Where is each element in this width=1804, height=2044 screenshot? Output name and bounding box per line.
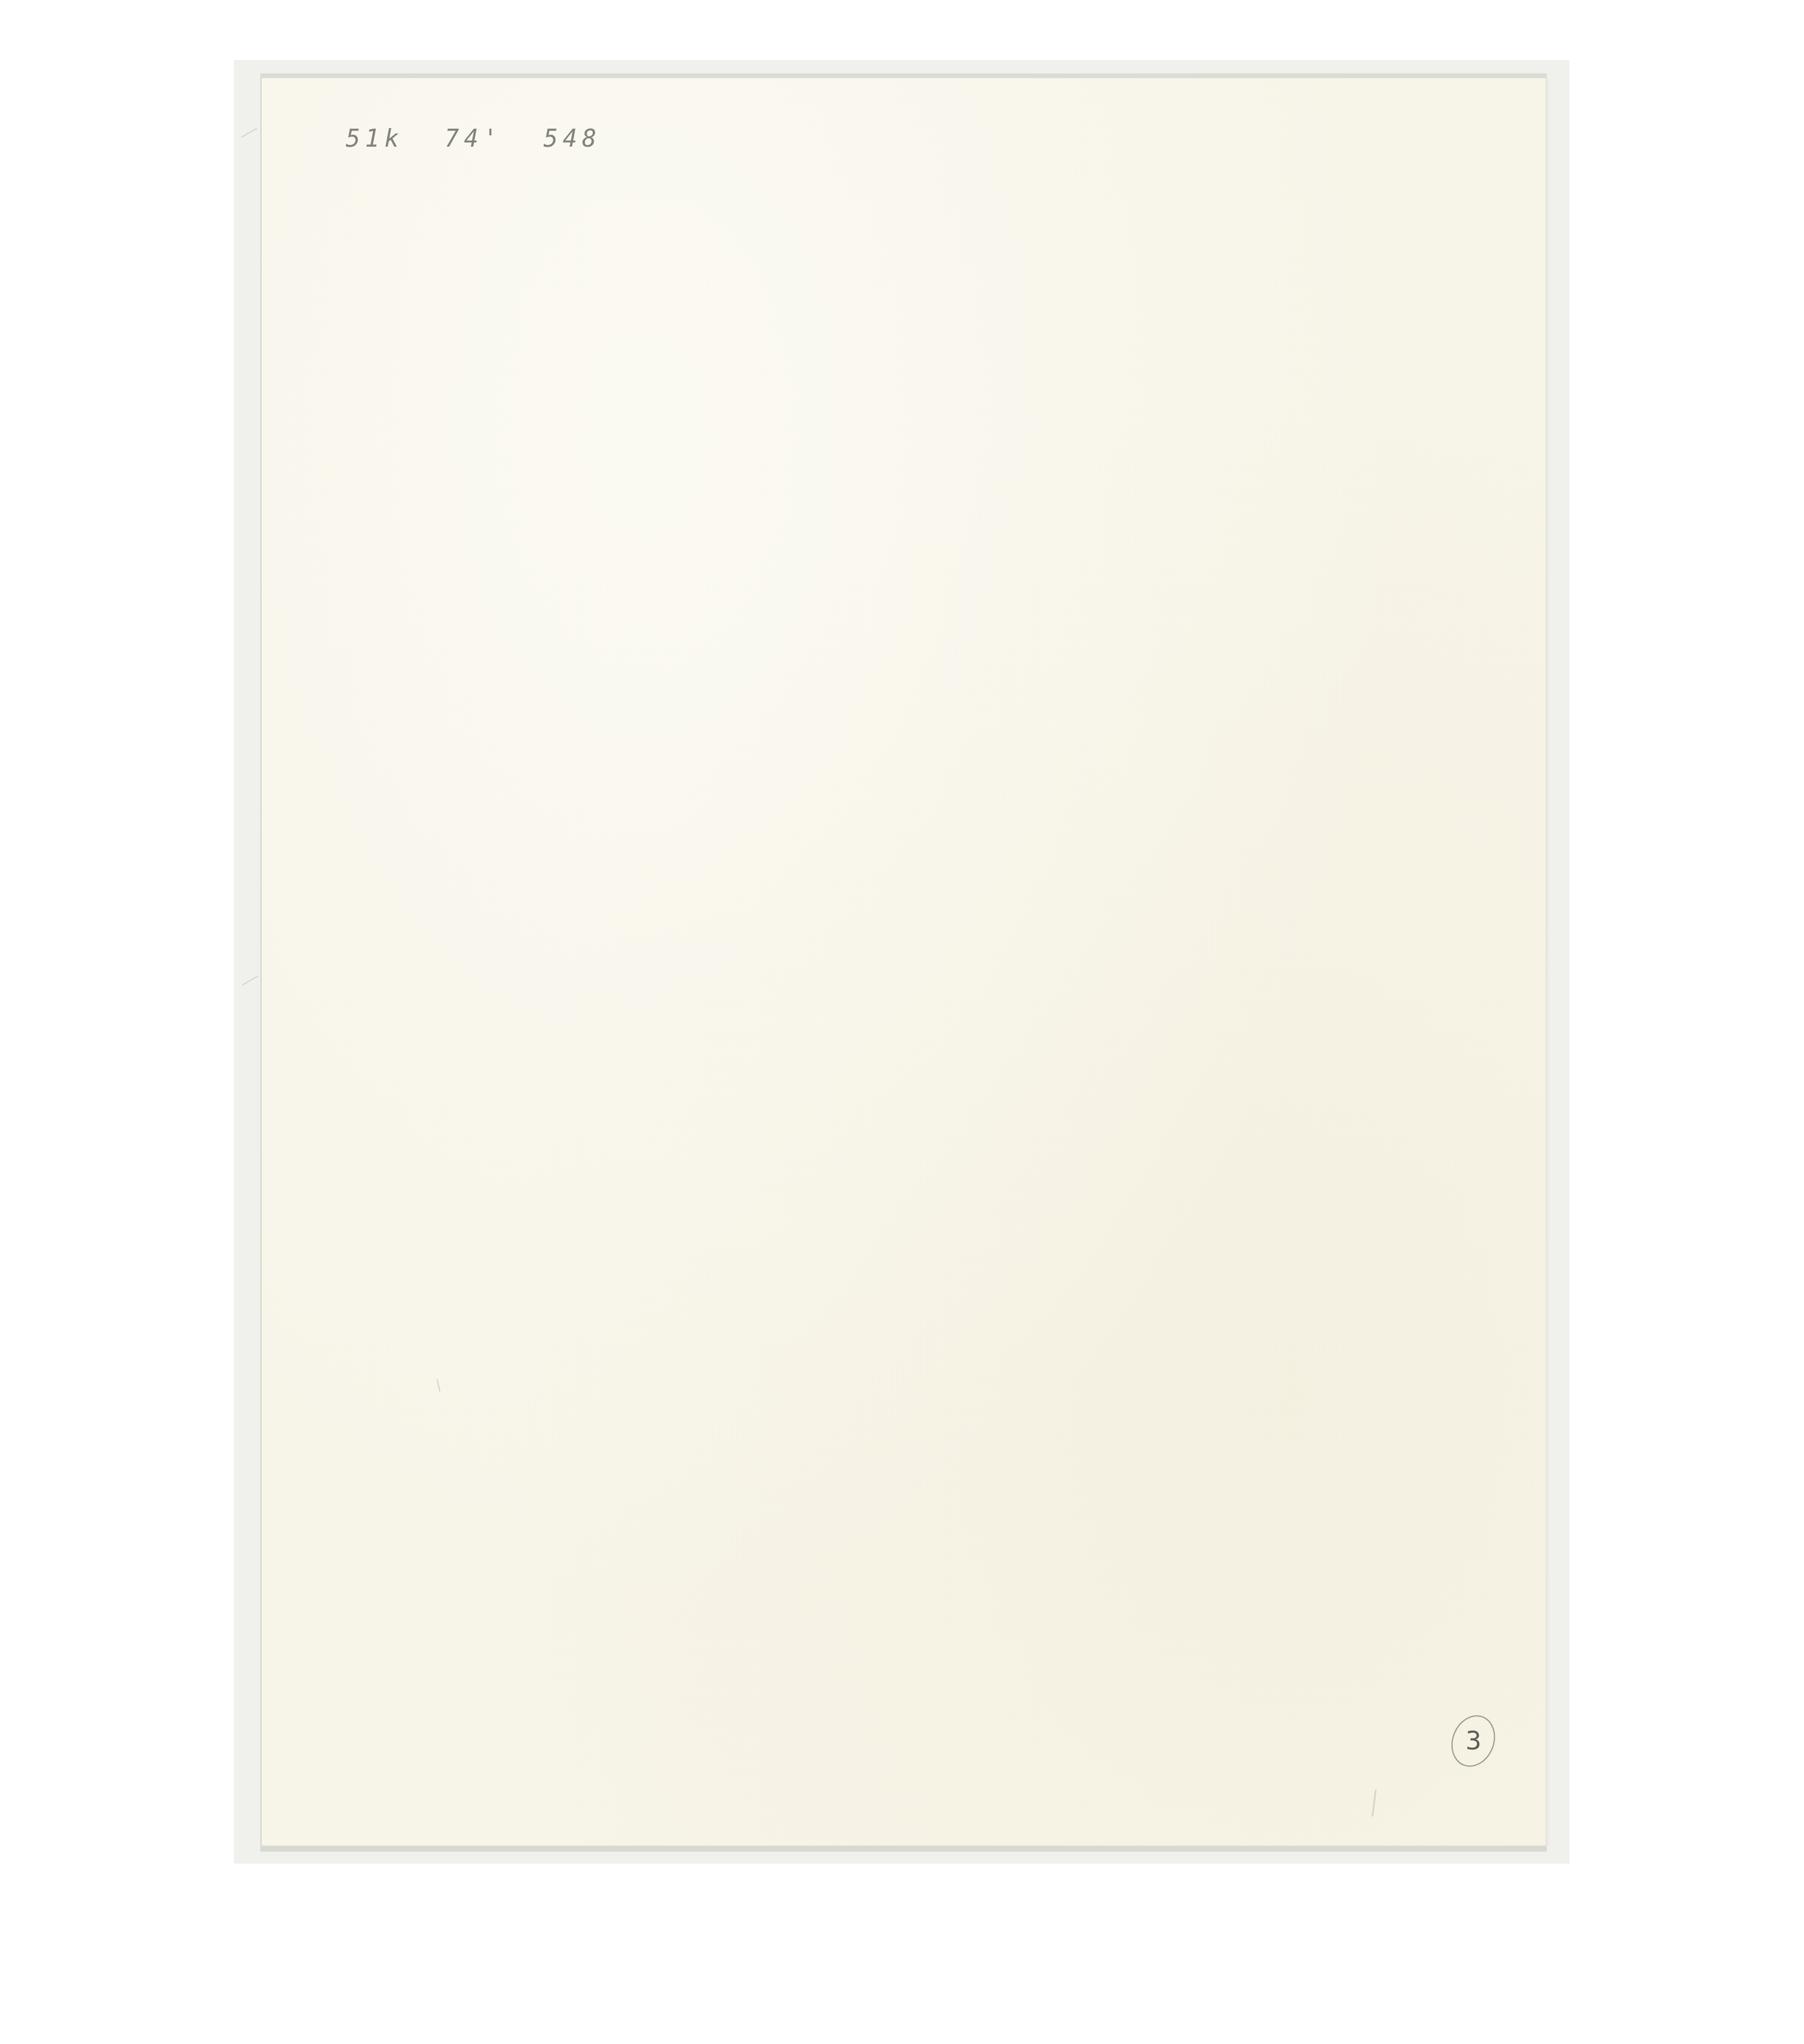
circled-page-number: 3	[1444, 1709, 1503, 1773]
faint-pencil-mark: /	[432, 1377, 445, 1394]
accession-number-annotation: 51k 74' 548	[346, 125, 601, 153]
scuff-mark	[242, 976, 259, 986]
paper-sheet: 51k 74' 548 / 3 ╱	[260, 78, 1547, 1846]
faint-pencil-mark: ╱	[1364, 1790, 1384, 1817]
scuff-mark	[241, 128, 257, 138]
page-number: 3	[1465, 1728, 1482, 1754]
